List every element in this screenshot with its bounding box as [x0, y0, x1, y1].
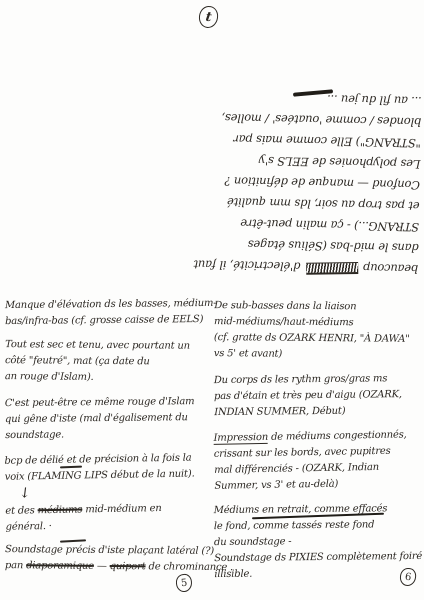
handwritten-line: (cf. gratte ds OZARK HENRI, "À DAWA" — [214, 330, 422, 348]
handwritten-line: Soundstage précis d'iste plaçant latéral… — [5, 542, 211, 560]
handwritten-line: et pas trop au soir, lds mm qualité — [209, 191, 419, 216]
handwritten-line: De sub-basses dans la liaison — [214, 298, 422, 316]
note-block-subbasses: De sub-basses dans la liaison mid-médium… — [214, 298, 423, 364]
handwritten-line: blondes / comme 'ouatées' / molles, — [211, 107, 421, 132]
underlined-word: Impression — [213, 432, 268, 445]
line-text: et des — [5, 505, 38, 517]
handwritten-line: Confond — manque de définition ? — [210, 170, 420, 195]
handwritten-line: STRANG...) - ça malin peut-être — [209, 212, 419, 237]
handwritten-line: côté "feutré", mat (ça date du — [5, 353, 211, 371]
handwritten-line: an rouge d'Islam). — [5, 369, 211, 387]
struck-word: quiport — [110, 561, 146, 572]
left-notes-column: Manque d'élévation ds les basses, médium… — [5, 297, 211, 584]
line-text: — — [94, 561, 110, 572]
line-text: pan — [5, 560, 26, 571]
note-block-basses: Manque d'élévation ds les basses, médium… — [5, 296, 211, 330]
circled-number-text: 6 — [404, 571, 411, 583]
page-marker-glyph: t — [205, 9, 213, 25]
down-arrow-mark: ↓ — [18, 485, 31, 502]
note-block-rouge: C'est peut-être ce même rouge d'Islam qu… — [5, 394, 211, 444]
struck-word: médiums — [38, 504, 83, 516]
handwritten-line: INDIAN SUMMER, Début) — [214, 403, 422, 421]
handwritten-line: qui gêne d'iste (mal d'égalisement du — [5, 410, 211, 428]
note-block-soundstage: Soundstage précis d'iste plaçant latéral… — [5, 542, 211, 576]
notes-page: t beaucoup d'électricité, il faut dans l… — [0, 0, 424, 600]
note-block-retrait: Médiums en retrait, comme effacés le fon… — [214, 501, 423, 583]
handwritten-line: mid-médiums/haut-médiums — [214, 314, 422, 332]
handwritten-line: Soundstage ds PIXIES complètement foiré — [214, 549, 422, 567]
line-text: de médiums congestionnés, — [268, 429, 407, 442]
circled-number-left: 5 — [175, 573, 193, 593]
inverted-notes-block: beaucoup d'électricité, il faut dans le … — [208, 86, 422, 279]
page-marker-circled: t — [198, 5, 220, 29]
handwritten-line: illisible. — [214, 565, 422, 583]
scribbled-out-word — [306, 262, 358, 275]
handwritten-line: général. · — [5, 516, 211, 536]
note-block-impression: Impression de médiums congestionnés, cri… — [213, 427, 422, 495]
note-block-delie: bcp de délié et de précision à la fois l… — [4, 450, 211, 536]
line-text: d'électricité, il faut — [194, 257, 304, 273]
handwritten-line: vs 5' et avant) — [214, 346, 422, 364]
handwritten-line: beaucoup d'électricité, il faut — [208, 254, 418, 279]
right-notes-column: De sub-basses dans la liaison mid-médium… — [214, 299, 422, 591]
handwritten-line: pan diaporamique — quiport de chrominanc… — [5, 558, 211, 576]
handwritten-line: "STRANG") Elle comme mais par — [211, 128, 421, 153]
circled-number-text: 5 — [180, 577, 187, 589]
note-block-sec-tenu: Tout est sec et tenu, avec pourtant un c… — [5, 337, 211, 387]
handwritten-line: Summer, vs 3' et au-delà) — [214, 475, 422, 495]
handwritten-line: Tout est sec et tenu, avec pourtant un — [5, 337, 211, 355]
struck-word: diaporamique — [26, 560, 94, 572]
line-text: mid-médium en — [82, 503, 161, 515]
line-text: beaucoup — [360, 261, 419, 276]
note-block-corps: Du corps ds les rythm gros/gras ms pas d… — [214, 371, 422, 421]
handwritten-line: soundstage. — [5, 426, 211, 444]
handwritten-line: bas/infra-bas (cf. grosse caisse de EELS… — [5, 312, 211, 330]
handwritten-line: pas d'étain et très peu d'aigu (OZARK, — [214, 387, 422, 405]
